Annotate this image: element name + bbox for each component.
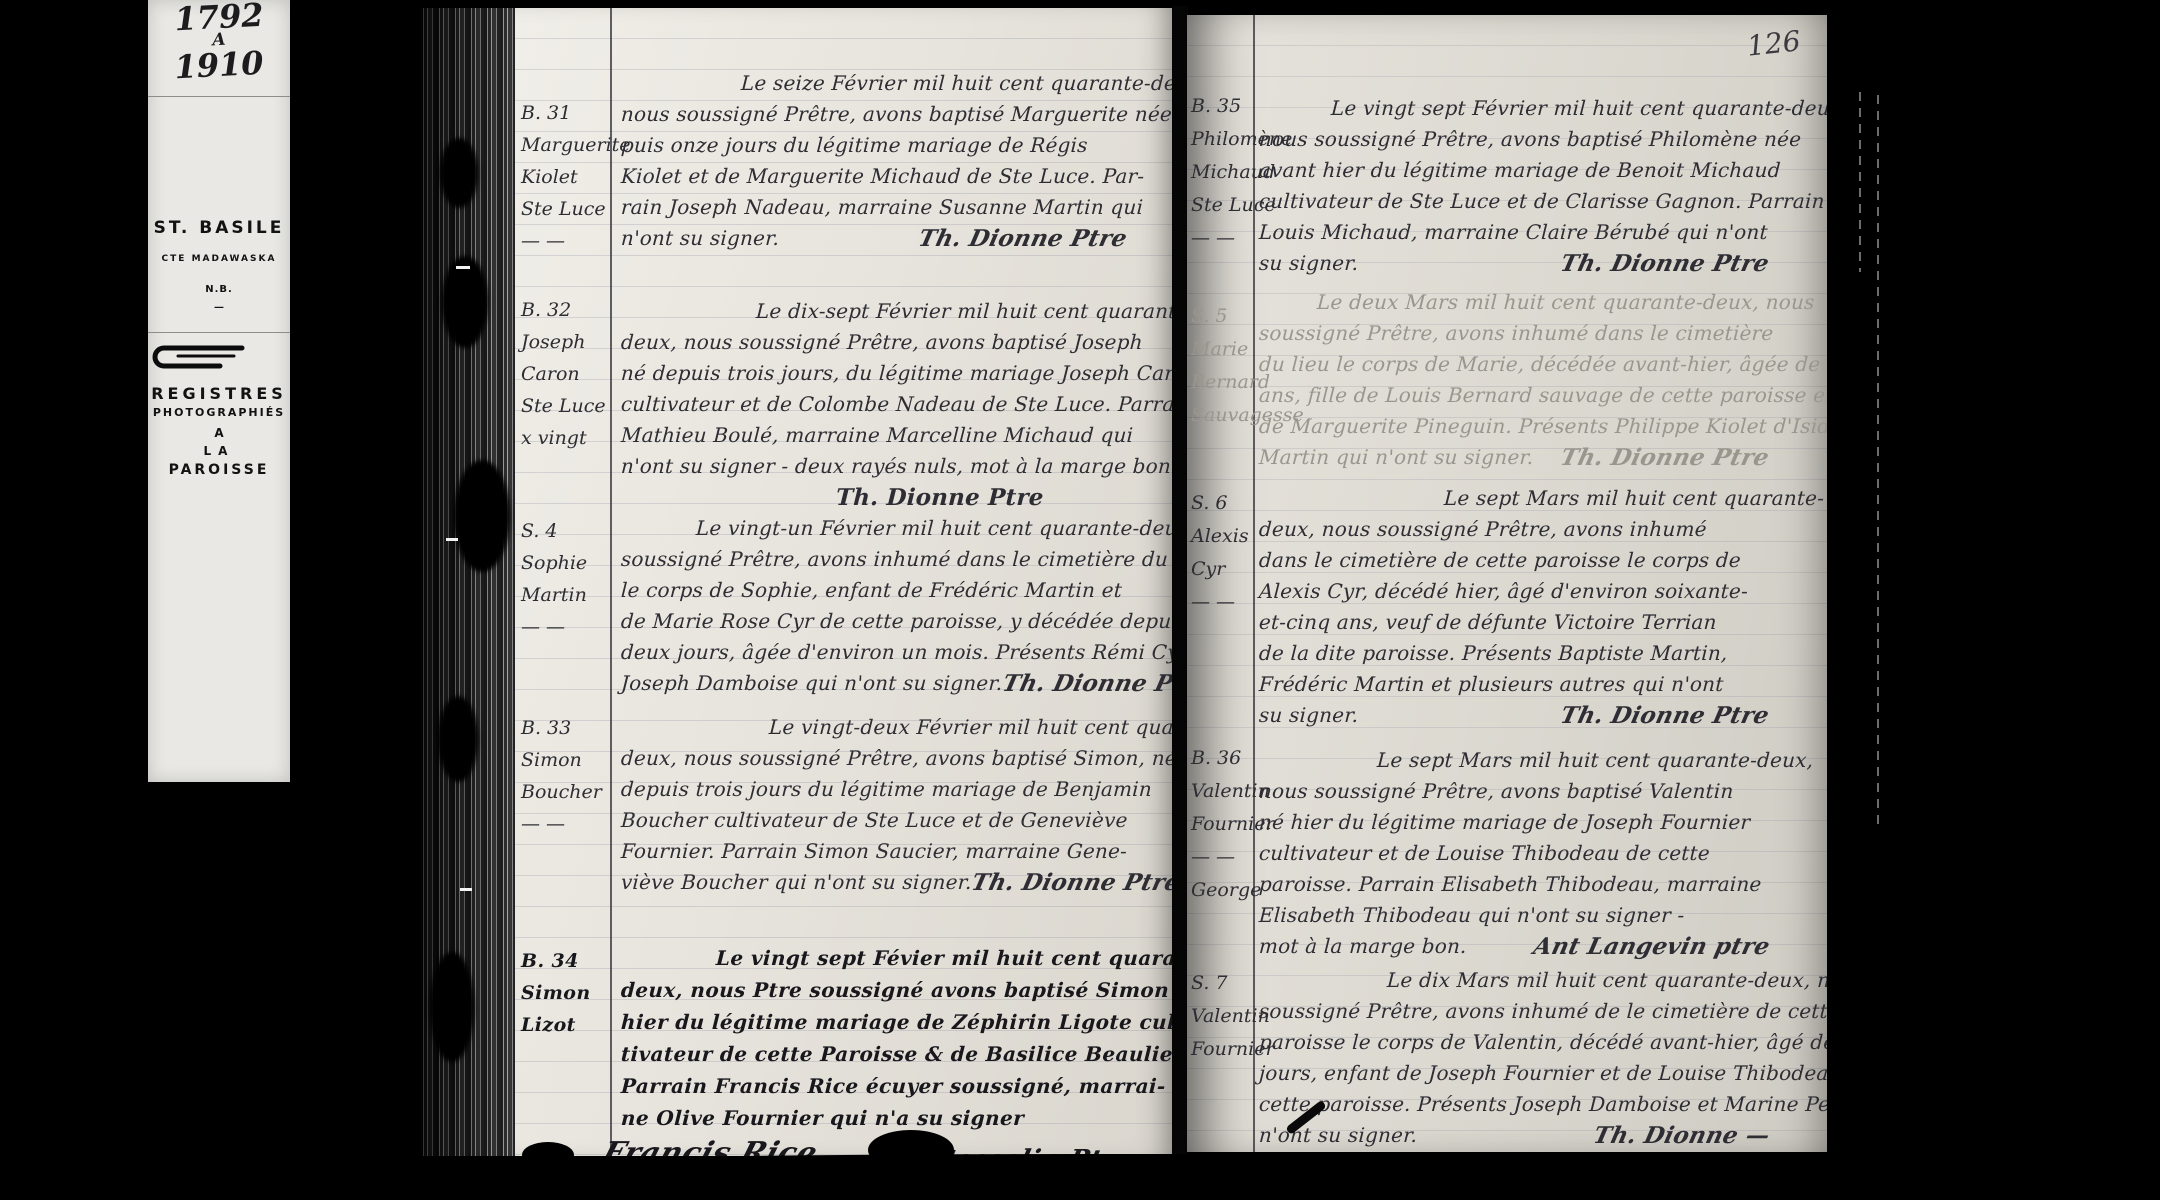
paperclip bbox=[138, 338, 250, 372]
margin-line: — — bbox=[1191, 841, 1253, 874]
record-line: le corps de Sophie, enfant de Frédéric M… bbox=[620, 575, 1174, 606]
edge-smudge bbox=[430, 952, 474, 1062]
record-line: deux jours, âgée d'environ un mois. Prés… bbox=[620, 637, 1174, 668]
record-line: Fournier. Parrain Simon Saucier, marrain… bbox=[620, 836, 1174, 867]
record-line-text: de Marie Rose Cyr de cette paroisse, y d… bbox=[620, 609, 1177, 633]
entry-body: Le vingt sept Février mil huit cent quar… bbox=[1259, 93, 1815, 279]
record-line-text: nous soussigné Prêtre, avons baptisé Phi… bbox=[1258, 127, 1801, 151]
record-line: Le vingt-deux Février mil huit cent quar… bbox=[620, 712, 1174, 743]
record-line-text: rain Joseph Nadeau, marraine Susanne Mar… bbox=[620, 195, 1143, 219]
record-line: rain Joseph Nadeau, marraine Susanne Mar… bbox=[620, 192, 1174, 223]
spine-paroisse: PAROISSE bbox=[148, 462, 290, 478]
record-line: paroisse. Parrain Elisabeth Thibodeau, m… bbox=[1258, 869, 1816, 900]
spine-dash: — bbox=[148, 302, 290, 313]
record-line-text: nous soussigné Prêtre, avons baptisé Val… bbox=[1258, 779, 1734, 803]
record-line-text: Le seize Février mil huit cent quarante-… bbox=[740, 71, 1177, 95]
spine-divider bbox=[148, 332, 290, 333]
record-line: n'ont su signer.Th. Dionne Ptre bbox=[620, 223, 1174, 254]
priest-signature: Ant Langevin ptre bbox=[1530, 931, 1818, 962]
record-line-text: cultivateur et de Louise Thibodeau de ce… bbox=[1258, 841, 1710, 865]
margin-line: x vingt bbox=[521, 422, 609, 454]
record-line-text: deux, nous Ptre soussigné avons baptisé … bbox=[620, 978, 1177, 1002]
entry-margin: S. 4SophieMartin— — bbox=[521, 515, 609, 643]
spine-a: A bbox=[148, 426, 290, 440]
record-line: de Marie Rose Cyr de cette paroisse, y d… bbox=[620, 606, 1174, 637]
margin-line: S. 5 bbox=[1191, 300, 1253, 333]
record-line-text: deux, nous soussigné Prêtre, avons bapti… bbox=[620, 746, 1177, 770]
margin-line: Simon bbox=[521, 744, 609, 776]
margin-line: Michaud bbox=[1191, 156, 1253, 189]
record-line: deux, nous soussigné Prêtre, avons bapti… bbox=[620, 743, 1174, 774]
record-line: dans le cimetière de cette paroisse le c… bbox=[1258, 545, 1816, 576]
record-line: ans, fille de Louis Bernard sauvage de c… bbox=[1258, 380, 1816, 411]
priest-signature: Th. Dionne Ptre bbox=[1558, 700, 1819, 731]
entry-body: Le vingt-deux Février mil huit cent quar… bbox=[621, 712, 1173, 898]
record-line: Le deux Mars mil huit cent quarante-deux… bbox=[1258, 287, 1816, 318]
record-line-text: Boucher cultivateur de Ste Luce et de Ge… bbox=[620, 808, 1128, 832]
record-line: deux, nous soussigné Prêtre, avons bapti… bbox=[620, 327, 1174, 358]
record-line-text: Joseph Damboise qui n'ont su signer. bbox=[620, 668, 1003, 699]
record-line-text: paroisse. Parrain Elisabeth Thibodeau, m… bbox=[1258, 872, 1762, 896]
record-line-text: puis onze jours du légitime mariage de R… bbox=[620, 133, 1088, 157]
record-line-text: soussigné Prêtre, avons inhumé dans le c… bbox=[1258, 321, 1774, 345]
margin-line: Marguerite bbox=[521, 129, 609, 161]
book-gutter bbox=[1172, 6, 1188, 1158]
entry-margin: B. 34SimonLizot bbox=[521, 945, 609, 1041]
priest-signature: Th. Dionne Ptre bbox=[916, 223, 1177, 254]
record-line-text: Le vingt sept Février mil huit cent quar… bbox=[1330, 96, 1827, 120]
record-line: et-cinq ans, veuf de défunte Victoire Te… bbox=[1258, 607, 1816, 638]
record-line-text: depuis trois jours du légitime mariage d… bbox=[620, 777, 1152, 801]
record-line-text: Parrain Francis Rice écuyer soussigné, m… bbox=[620, 1074, 1166, 1098]
record-line: jours, enfant de Joseph Fournier et de L… bbox=[1258, 1058, 1816, 1089]
register-left-page: B. 31MargueriteKioletSte Luce— —Le seize… bbox=[515, 8, 1177, 1156]
entry-margin: B. 35PhilomèneMichaudSte Luce— — bbox=[1191, 90, 1253, 255]
record-line-text: nous soussigné Prêtre, avons baptisé Mar… bbox=[620, 102, 1177, 126]
margin-line: — — bbox=[521, 225, 609, 257]
film-scratch bbox=[1859, 92, 1861, 272]
margin-line: Fournier bbox=[1191, 1033, 1253, 1066]
priest-signature: Th. Dionne Ptre bbox=[968, 867, 1177, 898]
record-line-text: du lieu le corps de Marie, décédée avant… bbox=[1258, 352, 1827, 376]
record-line-text: de la dite paroisse. Présents Baptiste M… bbox=[1258, 641, 1728, 665]
priest-signature: Th. Dionne — bbox=[1590, 1120, 1818, 1151]
entry-margin: B. 36ValentinFournier— —George bbox=[1191, 742, 1253, 907]
record-line: Elisabeth Thibodeau qui n'ont su signer … bbox=[1258, 900, 1816, 931]
record-line-text: ne Olive Fournier qui n'a su signer bbox=[620, 1106, 1024, 1130]
margin-line: Bernard bbox=[1191, 366, 1253, 399]
record-line: Louis Michaud, marraine Claire Bérubé qu… bbox=[1258, 217, 1816, 248]
record-line: Joseph Damboise qui n'ont su signer.Th. … bbox=[620, 668, 1174, 699]
margin-line: B. 35 bbox=[1191, 90, 1253, 123]
record-line-text: tivateur de cette Paroisse & de Basilice… bbox=[620, 1042, 1177, 1066]
record-line: Boucher cultivateur de Ste Luce et de Ge… bbox=[620, 805, 1174, 836]
record-line-text: cultivateur de Ste Luce et de Clarisse G… bbox=[1258, 189, 1825, 213]
entry-margin: S. 5MarieBernardSauvagesse bbox=[1191, 300, 1253, 432]
record-line: n'ont su signer - deux rayés nuls, mot à… bbox=[620, 451, 1174, 482]
frame-bottom-edge bbox=[380, 1154, 1840, 1200]
record-line: Le sept Mars mil huit cent quarante- bbox=[1258, 483, 1816, 514]
record-line-text: Fournier. Parrain Simon Saucier, marrain… bbox=[620, 839, 1127, 863]
record-line: ne Olive Fournier qui n'a su signer bbox=[620, 1102, 1174, 1134]
record-line: deux, nous soussigné Prêtre, avons inhum… bbox=[1258, 514, 1816, 545]
record-line-text: deux, nous soussigné Prêtre, avons inhum… bbox=[1258, 517, 1707, 541]
record-line: viève Boucher qui n'ont su signer.Th. Di… bbox=[620, 867, 1174, 898]
record-line: hier du légitime mariage de Zéphirin Lig… bbox=[620, 1006, 1174, 1038]
book-page-edges bbox=[420, 8, 517, 1156]
record-line: Le dix Mars mil huit cent quarante-deux,… bbox=[1258, 965, 1816, 996]
record-line: de Marguerite Pineguin. Présents Philipp… bbox=[1258, 411, 1816, 442]
page-bottom-bump bbox=[868, 1130, 954, 1170]
record-line-text: Louis Michaud, marraine Claire Bérubé qu… bbox=[1258, 220, 1768, 244]
spine-county: CTE MADAWASKA bbox=[148, 254, 290, 264]
spine-photographies: PHOTOGRAPHIÉS bbox=[148, 406, 290, 419]
record-line: soussigné Prêtre, avons inhumé dans le c… bbox=[620, 544, 1174, 575]
margin-line: B. 33 bbox=[521, 712, 609, 744]
record-line: nous soussigné Prêtre, avons baptisé Phi… bbox=[1258, 124, 1816, 155]
record-line-text: n'ont su signer - deux rayés nuls, mot à… bbox=[620, 454, 1171, 478]
entry-body: Le vingt-un Février mil huit cent quaran… bbox=[621, 513, 1173, 699]
record-line-text: avant hier du légitime mariage de Benoit… bbox=[1258, 158, 1781, 182]
record-line: depuis trois jours du légitime mariage d… bbox=[620, 774, 1174, 805]
margin-line: Simon bbox=[521, 977, 609, 1009]
margin-line: Kiolet bbox=[521, 161, 609, 193]
record-line: cultivateur et de Louise Thibodeau de ce… bbox=[1258, 838, 1816, 869]
record-line: Kiolet et de Marguerite Michaud de Ste L… bbox=[620, 161, 1174, 192]
margin-line: — — bbox=[1191, 222, 1253, 255]
record-line: cultivateur et de Colombe Nadeau de Ste … bbox=[620, 389, 1174, 420]
edge-smudge bbox=[454, 460, 510, 572]
microfilm-frame: 1792 A 1910 ST. BASILE CTE MADAWASKA N.B… bbox=[0, 0, 2160, 1200]
record-line-text: n'ont su signer. bbox=[620, 223, 780, 254]
entry-body: Le sept Mars mil huit cent quarante-deux… bbox=[1259, 483, 1815, 731]
record-line-text: ans, fille de Louis Bernard sauvage de c… bbox=[1258, 383, 1827, 407]
margin-line: Valentin bbox=[1191, 775, 1253, 808]
edge-tick bbox=[460, 888, 472, 891]
record-line-text: deux jours, âgée d'environ un mois. Prés… bbox=[620, 640, 1177, 664]
margin-line: Ste Luce bbox=[1191, 189, 1253, 222]
record-line-text: su signer. bbox=[1258, 700, 1359, 731]
entry-body: Le deux Mars mil huit cent quarante-deux… bbox=[1259, 287, 1815, 473]
record-line: du lieu le corps de Marie, décédée avant… bbox=[1258, 349, 1816, 380]
record-line-text: hier du légitime mariage de Zéphirin Lig… bbox=[620, 1010, 1177, 1034]
record-line: paroisse le corps de Valentin, décédé av… bbox=[1258, 1027, 1816, 1058]
margin-line: Philomène bbox=[1191, 123, 1253, 156]
record-line: cultivateur de Ste Luce et de Clarisse G… bbox=[1258, 186, 1816, 217]
record-line-text: mot à la marge bon. bbox=[1258, 931, 1467, 962]
margin-line: Marie bbox=[1191, 333, 1253, 366]
margin-line: — — bbox=[521, 808, 609, 840]
margin-line: Sauvagesse bbox=[1191, 399, 1253, 432]
entry-body: Le sept Mars mil huit cent quarante-deux… bbox=[1259, 745, 1815, 962]
record-line: Alexis Cyr, décédé hier, âgé d'environ s… bbox=[1258, 576, 1816, 607]
record-line-text: Le vingt sept Févier mil huit cent quara… bbox=[715, 946, 1177, 970]
record-line: nous soussigné Prêtre, avons baptisé Val… bbox=[1258, 776, 1816, 807]
edge-tick bbox=[446, 538, 458, 541]
margin-line: — — bbox=[1191, 586, 1253, 619]
record-line: Mathieu Boulé, marraine Marcelline Micha… bbox=[620, 420, 1174, 451]
spine-years-line3: 1910 bbox=[147, 46, 290, 83]
record-line: Le dix-sept Février mil huit cent quaran… bbox=[620, 296, 1174, 327]
record-line: Parrain Francis Rice écuyer soussigné, m… bbox=[620, 1070, 1174, 1102]
entry-margin: B. 32JosephCaronSte Lucex vingt bbox=[521, 294, 609, 454]
record-line: tivateur de cette Paroisse & de Basilice… bbox=[620, 1038, 1174, 1070]
film-scratch bbox=[1877, 95, 1879, 825]
margin-line: Cyr bbox=[1191, 553, 1253, 586]
margin-line: Boucher bbox=[521, 776, 609, 808]
record-line: Frédéric Martin et plusieurs autres qui … bbox=[1258, 669, 1816, 700]
record-line-text: deux, nous soussigné Prêtre, avons bapti… bbox=[620, 330, 1143, 354]
entry-body: Le vingt sept Févier mil huit cent quara… bbox=[621, 942, 1173, 1156]
record-line-text: paroisse le corps de Valentin, décédé av… bbox=[1258, 1030, 1827, 1054]
margin-line: S. 4 bbox=[521, 515, 609, 547]
entry-margin: S. 7ValentinFournier bbox=[1191, 967, 1253, 1066]
right-margin-rule bbox=[1253, 15, 1255, 1152]
edge-tick bbox=[456, 266, 470, 269]
entry-margin: S. 6AlexisCyr— — bbox=[1191, 487, 1253, 619]
page-bottom-bump bbox=[522, 1142, 574, 1168]
entry-body: Le seize Février mil huit cent quarante-… bbox=[621, 68, 1173, 254]
record-line-text: soussigné Prêtre, avons inhumé de le cim… bbox=[1258, 999, 1827, 1023]
record-line-text: Le dix-sept Février mil huit cent quaran… bbox=[755, 299, 1177, 323]
record-line-text: Kiolet et de Marguerite Michaud de Ste L… bbox=[620, 164, 1145, 188]
record-line-text: Martin qui n'ont su signer. bbox=[1258, 442, 1534, 473]
margin-line: B. 36 bbox=[1191, 742, 1253, 775]
record-line-text: Alexis Cyr, décédé hier, âgé d'environ s… bbox=[1258, 579, 1748, 603]
record-line: soussigné Prêtre, avons inhumé dans le c… bbox=[1258, 318, 1816, 349]
record-line-text: soussigné Prêtre, avons inhumé dans le c… bbox=[620, 547, 1177, 571]
margin-line: George bbox=[1191, 874, 1253, 907]
witness-signature: Francis Rice bbox=[597, 1134, 822, 1156]
entry-body: Le dix-sept Février mil huit cent quaran… bbox=[621, 296, 1173, 513]
record-line: Le seize Février mil huit cent quarante-… bbox=[620, 68, 1174, 99]
record-line: Le sept Mars mil huit cent quarante-deux… bbox=[1258, 745, 1816, 776]
record-line-text: et-cinq ans, veuf de défunte Victoire Te… bbox=[1258, 610, 1717, 634]
record-line: Martin qui n'ont su signer.Th. Dionne Pt… bbox=[1258, 442, 1816, 473]
register-right-page: 126 B. 35PhilomèneMichaudSte Luce— —Le v… bbox=[1187, 15, 1827, 1152]
record-line-text: Le vingt-un Février mil huit cent quaran… bbox=[695, 516, 1177, 540]
record-line-text: Le sept Mars mil huit cent quarante-deux… bbox=[1376, 748, 1814, 772]
margin-line: B. 32 bbox=[521, 294, 609, 326]
record-line-text: de Marguerite Pineguin. Présents Philipp… bbox=[1258, 414, 1827, 438]
margin-line: S. 6 bbox=[1191, 487, 1253, 520]
record-line-text: le corps de Sophie, enfant de Frédéric M… bbox=[620, 578, 1122, 602]
record-line-text: Le deux Mars mil huit cent quarante-deux… bbox=[1316, 290, 1815, 314]
spine-la: LA bbox=[148, 444, 290, 458]
record-line: su signer.Th. Dionne Ptre bbox=[1258, 248, 1816, 279]
margin-line: B. 34 bbox=[521, 945, 609, 977]
margin-line: Ste Luce bbox=[521, 390, 609, 422]
record-line: Le vingt sept Févier mil huit cent quara… bbox=[620, 942, 1174, 974]
priest-signature: Th. Dionne Ptre bbox=[835, 484, 1044, 511]
record-line-text: cette paroisse. Présents Joseph Damboise… bbox=[1258, 1092, 1827, 1116]
page-number: 126 bbox=[1745, 24, 1802, 62]
record-line-text: Le dix Mars mil huit cent quarante-deux,… bbox=[1386, 968, 1827, 992]
priest-signature: Th. Dionne Ptre bbox=[999, 668, 1177, 699]
entry-margin: B. 33SimonBoucher— — bbox=[521, 712, 609, 840]
margin-line: Joseph bbox=[521, 326, 609, 358]
record-line: né hier du légitime mariage de Joseph Fo… bbox=[1258, 807, 1816, 838]
spine-label-strip: 1792 A 1910 ST. BASILE CTE MADAWASKA N.B… bbox=[148, 0, 290, 782]
margin-line: Caron bbox=[521, 358, 609, 390]
margin-line: Alexis bbox=[1191, 520, 1253, 553]
margin-line: — — bbox=[521, 611, 609, 643]
record-line: nous soussigné Prêtre, avons baptisé Mar… bbox=[620, 99, 1174, 130]
record-line-text: né hier du légitime mariage de Joseph Fo… bbox=[1258, 810, 1751, 834]
entry-margin: B. 31MargueriteKioletSte Luce— — bbox=[521, 97, 609, 257]
record-line-text: dans le cimetière de cette paroisse le c… bbox=[1258, 548, 1741, 572]
record-line: mot à la marge bon.Ant Langevin ptre bbox=[1258, 931, 1816, 962]
spine-divider bbox=[148, 96, 290, 97]
record-line-text: jours, enfant de Joseph Fournier et de L… bbox=[1258, 1061, 1827, 1085]
record-line-text: su signer. bbox=[1258, 248, 1359, 279]
record-line: avant hier du légitime mariage de Benoit… bbox=[1258, 155, 1816, 186]
signature-row: Th. Dionne Ptre bbox=[620, 482, 1174, 513]
record-line-text: n'ont su signer. bbox=[1258, 1120, 1418, 1151]
edge-smudge bbox=[440, 138, 478, 208]
record-line-text: cultivateur et de Colombe Nadeau de Ste … bbox=[620, 392, 1177, 416]
priest-signature: Th. Dionne Ptre bbox=[1558, 442, 1819, 473]
edge-smudge bbox=[438, 696, 478, 782]
record-line: soussigné Prêtre, avons inhumé de le cim… bbox=[1258, 996, 1816, 1027]
record-line: de la dite paroisse. Présents Baptiste M… bbox=[1258, 638, 1816, 669]
margin-line: Ste Luce bbox=[521, 193, 609, 225]
record-line: Le vingt-un Février mil huit cent quaran… bbox=[620, 513, 1174, 544]
record-line: né depuis trois jours, du légitime maria… bbox=[620, 358, 1174, 389]
record-line: deux, nous Ptre soussigné avons baptisé … bbox=[620, 974, 1174, 1006]
record-line: cette paroisse. Présents Joseph Damboise… bbox=[1258, 1089, 1816, 1120]
margin-line: B. 31 bbox=[521, 97, 609, 129]
edge-smudge bbox=[442, 256, 488, 348]
spine-registres: REGISTRES bbox=[148, 384, 290, 403]
record-line: Le vingt sept Février mil huit cent quar… bbox=[1258, 93, 1816, 124]
left-margin-rule bbox=[610, 8, 612, 1156]
margin-line: Sophie bbox=[521, 547, 609, 579]
record-line-text: Le sept Mars mil huit cent quarante- bbox=[1443, 486, 1824, 510]
spine-parish-name: ST. BASILE bbox=[148, 218, 290, 238]
margin-line: Martin bbox=[521, 579, 609, 611]
margin-line: Lizot bbox=[521, 1009, 609, 1041]
margin-line: Fournier bbox=[1191, 808, 1253, 841]
record-line: n'ont su signer.Th. Dionne — bbox=[1258, 1120, 1816, 1151]
record-line-text: viève Boucher qui n'ont su signer. bbox=[620, 867, 972, 898]
spine-province: N.B. bbox=[148, 284, 290, 295]
record-line-text: Elisabeth Thibodeau qui n'ont su signer … bbox=[1258, 903, 1685, 927]
entry-body: Le dix Mars mil huit cent quarante-deux,… bbox=[1259, 965, 1815, 1151]
record-line: su signer.Th. Dionne Ptre bbox=[1258, 700, 1816, 731]
priest-signature: Th. Dionne Ptre bbox=[1558, 248, 1819, 279]
record-line-text: Frédéric Martin et plusieurs autres qui … bbox=[1258, 672, 1724, 696]
record-line: puis onze jours du légitime mariage de R… bbox=[620, 130, 1174, 161]
margin-line: Valentin bbox=[1191, 1000, 1253, 1033]
record-line-text: Mathieu Boulé, marraine Marcelline Micha… bbox=[620, 423, 1133, 447]
margin-line: S. 7 bbox=[1191, 967, 1253, 1000]
record-line-text: né depuis trois jours, du légitime maria… bbox=[620, 361, 1177, 385]
record-line-text: Le vingt-deux Février mil huit cent quar… bbox=[768, 715, 1177, 739]
